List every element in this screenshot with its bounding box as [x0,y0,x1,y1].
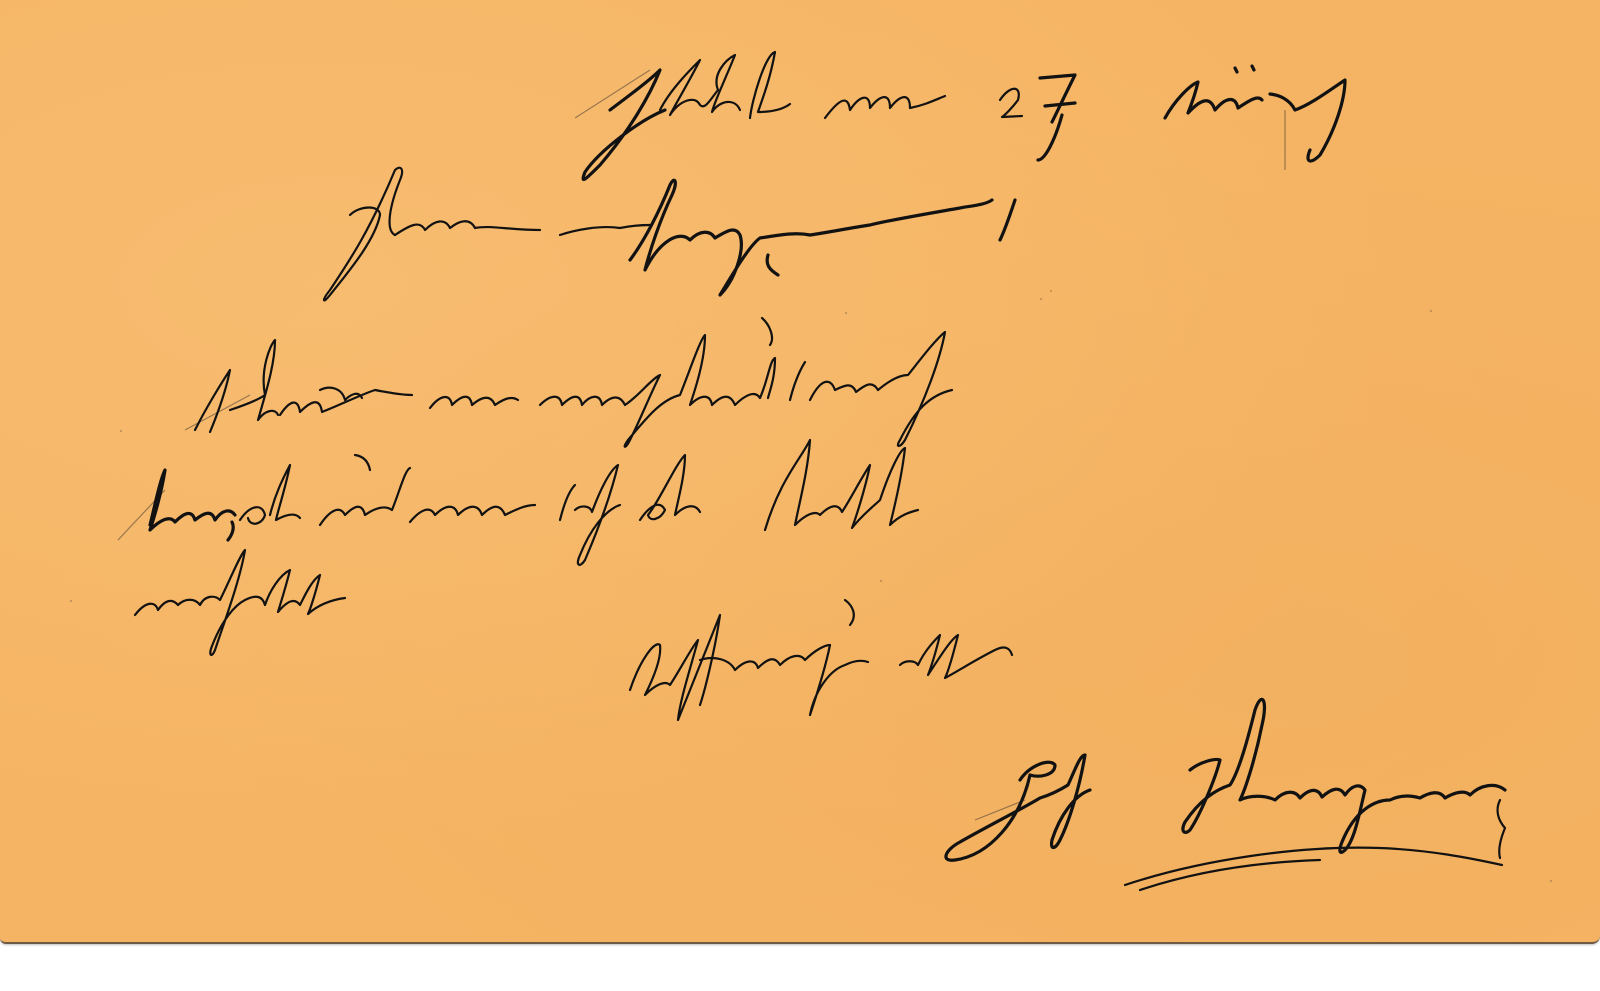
handwriting-closing [630,600,1012,720]
handwriting-salutation [324,168,1015,301]
scanner-artifact [355,957,405,963]
handwriting-signature [946,699,1505,890]
handwriting-strokes [0,0,1600,942]
handwriting-dateline [575,52,1345,179]
handwriting-body-line-1 [185,318,952,447]
handwriting-body-line-3 [135,550,345,655]
handwriting-body-line-2 [118,440,918,565]
postcard: Iglau am 27 März Herrn Jayme! Wollen mir… [0,0,1600,944]
